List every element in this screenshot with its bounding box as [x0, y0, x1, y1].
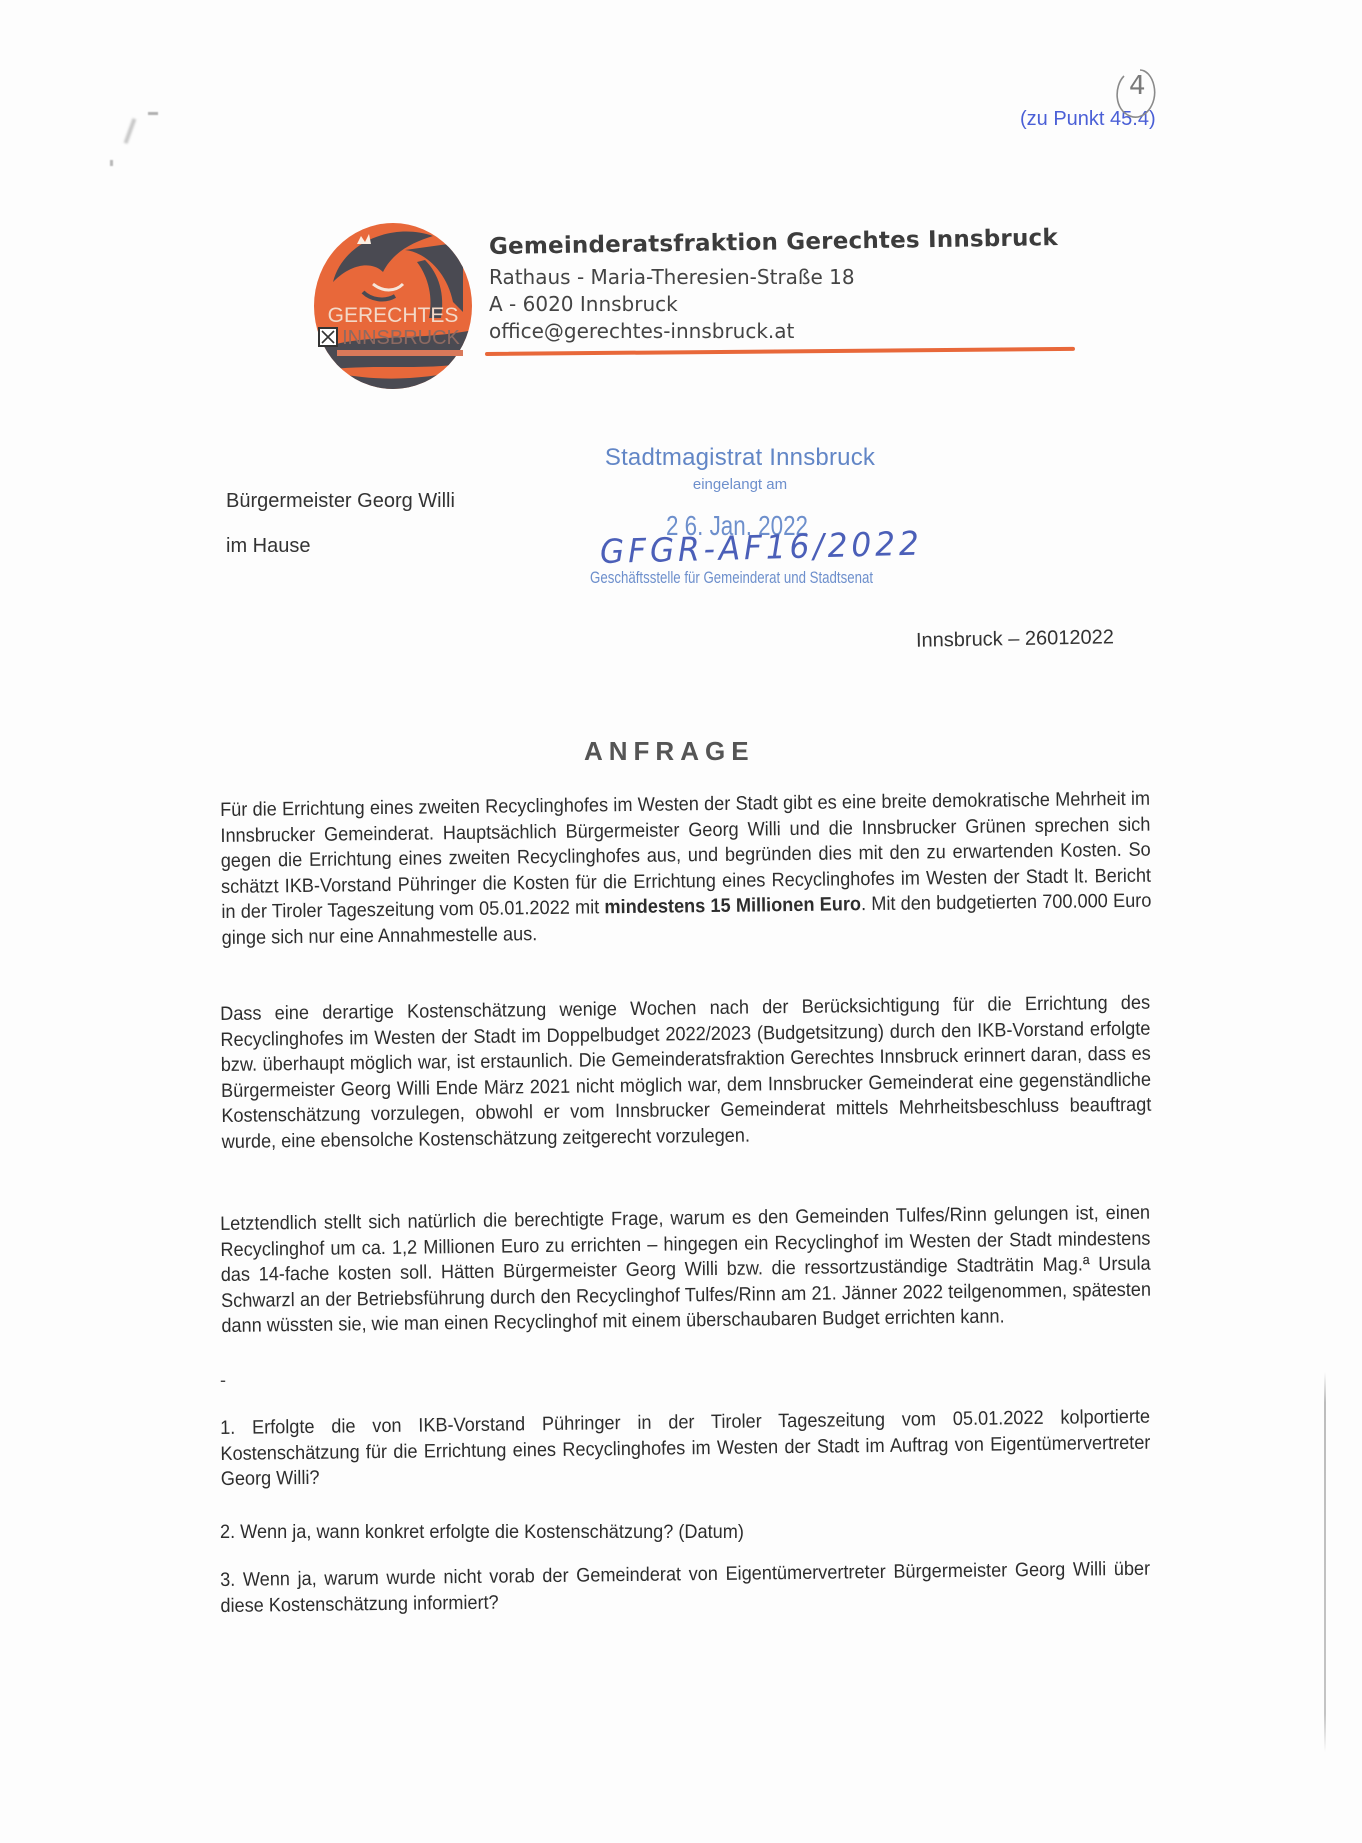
- letterhead-address: Gemeinderatsfraktion Gerechtes Innsbruck…: [489, 234, 1058, 345]
- separator-mark: -: [220, 1370, 226, 1391]
- stamp-subtitle: eingelangt am: [580, 476, 900, 493]
- stamp-footer: Geschäftsstelle für Gemeinderat und Stad…: [590, 568, 873, 588]
- question-3: 3. Wenn ja, warum wurde nicht vorab der …: [220, 1557, 1153, 1620]
- paragraph-2-text: Dass eine derartige Kostenschätzung weni…: [220, 991, 1152, 1156]
- paragraph-3-text: Letztendlich stellt sich natürlich die b…: [220, 1201, 1151, 1340]
- question-2-text: 2. Wenn ja, wann konkret erfolgte die Ko…: [220, 1520, 1150, 1546]
- letterhead-divider: [485, 347, 1075, 356]
- gerechtes-innsbruck-logo: GERECHTES INNSBRUCK: [313, 222, 473, 390]
- address-line-street: Rathaus - Maria-Theresien-Straße 18: [489, 264, 1058, 291]
- received-stamp: Stadtmagistrat Innsbruck eingelangt am 2…: [580, 444, 900, 493]
- organization-name: Gemeinderatsfraktion Gerechtes Innsbruck: [489, 225, 1058, 260]
- logo-text-line2: INNSBRUCK: [342, 327, 460, 349]
- question-1: 1. Erfolgte die von IKB-Vorstand Pühring…: [220, 1405, 1153, 1493]
- document-page: (zu Punkt 45.4) 4 GERECHTES INNSBRUCK Ge…: [0, 0, 1362, 1843]
- question-1-text: 1. Erfolgte die von IKB-Vorstand Pühring…: [220, 1405, 1151, 1493]
- scan-artifact: [124, 118, 137, 144]
- place-and-date: Innsbruck – 26012022: [916, 626, 1114, 652]
- address-line-city: A - 6020 Innsbruck: [489, 291, 1058, 318]
- recipient-location: im Hause: [226, 535, 455, 558]
- question-2: 2. Wenn ja, wann konkret erfolgte die Ko…: [220, 1520, 1152, 1546]
- handwritten-number: 4: [1129, 71, 1146, 101]
- question-3-text: 3. Wenn ja, warum wurde nicht vorab der …: [220, 1557, 1151, 1620]
- stamp-handwritten-code: GFGR-AF16/2022: [599, 524, 923, 571]
- recipient-block: Bürgermeister Georg Willi im Hause: [226, 490, 455, 558]
- recipient-name: Bürgermeister Georg Willi: [226, 490, 455, 513]
- paragraph-2: Dass eine derartige Kostenschätzung weni…: [220, 991, 1154, 1156]
- document-title: ANFRAGE: [584, 736, 755, 767]
- scan-edge-line: [1324, 1372, 1326, 1752]
- stamp-title: Stadtmagistrat Innsbruck: [580, 444, 900, 472]
- paragraph-1: Für die Errichtung eines zweiten Recycli…: [220, 787, 1154, 952]
- scan-artifact: [148, 112, 158, 115]
- paragraph-1-bold: mindestens 15 Millionen Euro: [604, 894, 861, 919]
- organization-email: office@gerechtes-innsbruck.at: [489, 318, 1058, 345]
- handwritten-circled-number-icon: 4: [1110, 64, 1162, 124]
- paragraph-3: Letztendlich stellt sich natürlich die b…: [220, 1201, 1153, 1340]
- logo-text-line1: GERECHTES: [328, 304, 459, 327]
- scan-artifact: [110, 160, 113, 166]
